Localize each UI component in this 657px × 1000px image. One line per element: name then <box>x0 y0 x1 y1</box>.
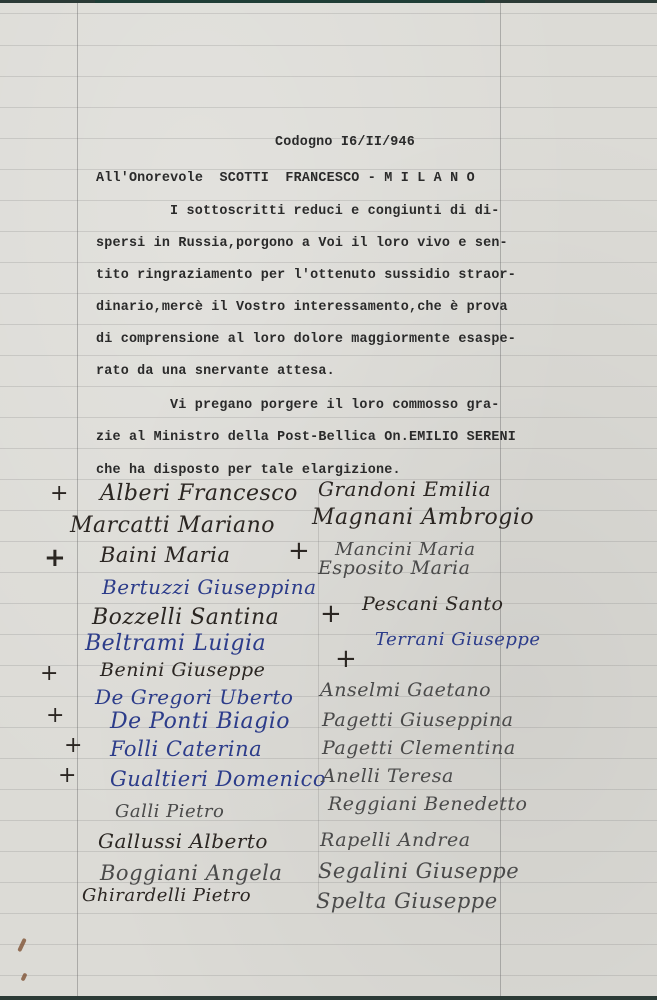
signature: De Ponti Biagio <box>110 709 290 734</box>
background-edge <box>95 0 485 3</box>
body-line: I sottoscritti reduci e congiunti di di- <box>170 204 499 219</box>
signature: Spelta Giuseppe <box>316 889 498 913</box>
signature: Pagetti Giuseppina <box>322 709 514 731</box>
cross-mark: + <box>58 765 76 787</box>
letter-sheet: Codogno I6/II/946 All'Onorevole SCOTTI F… <box>0 3 657 996</box>
signature: Reggiani Benedetto <box>328 793 527 815</box>
signature: Gualtieri Domenico <box>110 767 326 791</box>
signature: Bertuzzi Giuseppina <box>102 575 317 599</box>
signature: Anselmi Gaetano <box>320 679 491 701</box>
signature: Baini Maria <box>100 543 230 567</box>
cross-mark: + <box>50 483 68 505</box>
body-line: zie al Ministro della Post-Bellica On.EM… <box>96 430 516 445</box>
signature: Beltrami Luigia <box>85 631 266 656</box>
cross-mark: + <box>335 646 357 672</box>
signature: Ghirardelli Pietro <box>82 885 251 906</box>
body-line: di comprensione al loro dolore maggiorme… <box>96 332 516 347</box>
signature: Pescani Santo <box>362 593 503 615</box>
signature: Galli Pietro <box>115 801 224 822</box>
cross-mark: + <box>320 601 342 627</box>
body-line: che ha disposto per tale elargizione. <box>96 463 401 478</box>
signature: Folli Caterina <box>110 737 262 761</box>
body-line: rato da una snervante attesa. <box>96 364 335 379</box>
signature: Anelli Teresa <box>322 765 454 787</box>
body-line: tito ringraziamento per l'ottenuto sussi… <box>96 268 516 283</box>
body-line: Vi pregano porgere il loro commosso gra- <box>170 398 499 413</box>
right-margin-line <box>500 3 501 996</box>
cross-mark: + <box>40 663 58 685</box>
body-line: spersi in Russia,porgono a Voi il loro v… <box>96 236 508 251</box>
left-margin-line <box>77 3 78 996</box>
signature: De Gregori Uberto <box>95 685 293 709</box>
body-line: dinario,mercè il Vostro interessamento,c… <box>96 300 508 315</box>
cross-mark: + <box>288 538 310 564</box>
addressee-line: All'Onorevole SCOTTI FRANCESCO - M I L A… <box>96 171 475 186</box>
signature: Terrani Giuseppe <box>375 629 541 650</box>
cross-mark: + <box>64 735 82 757</box>
cross-mark: + <box>44 545 66 571</box>
signature: Alberi Francesco <box>100 481 298 506</box>
signature-column-divider <box>318 493 319 896</box>
signature: Grandoni Emilia <box>318 477 491 501</box>
signature: Benini Giuseppe <box>100 659 265 681</box>
signature: Marcatti Mariano <box>70 513 275 538</box>
cross-mark: + <box>46 705 64 727</box>
signature: Pagetti Clementina <box>322 737 516 759</box>
signature: Gallussi Alberto <box>98 829 268 853</box>
signature: Boggiani Angela <box>100 861 282 885</box>
signature: Rapelli Andrea <box>320 829 471 851</box>
signature: Segalini Giuseppe <box>318 859 519 883</box>
signature: Esposito Maria <box>318 557 470 579</box>
signature: Bozzelli Santina <box>92 605 279 630</box>
signature: Magnani Ambrogio <box>312 505 534 530</box>
place-date: Codogno I6/II/946 <box>275 135 415 150</box>
